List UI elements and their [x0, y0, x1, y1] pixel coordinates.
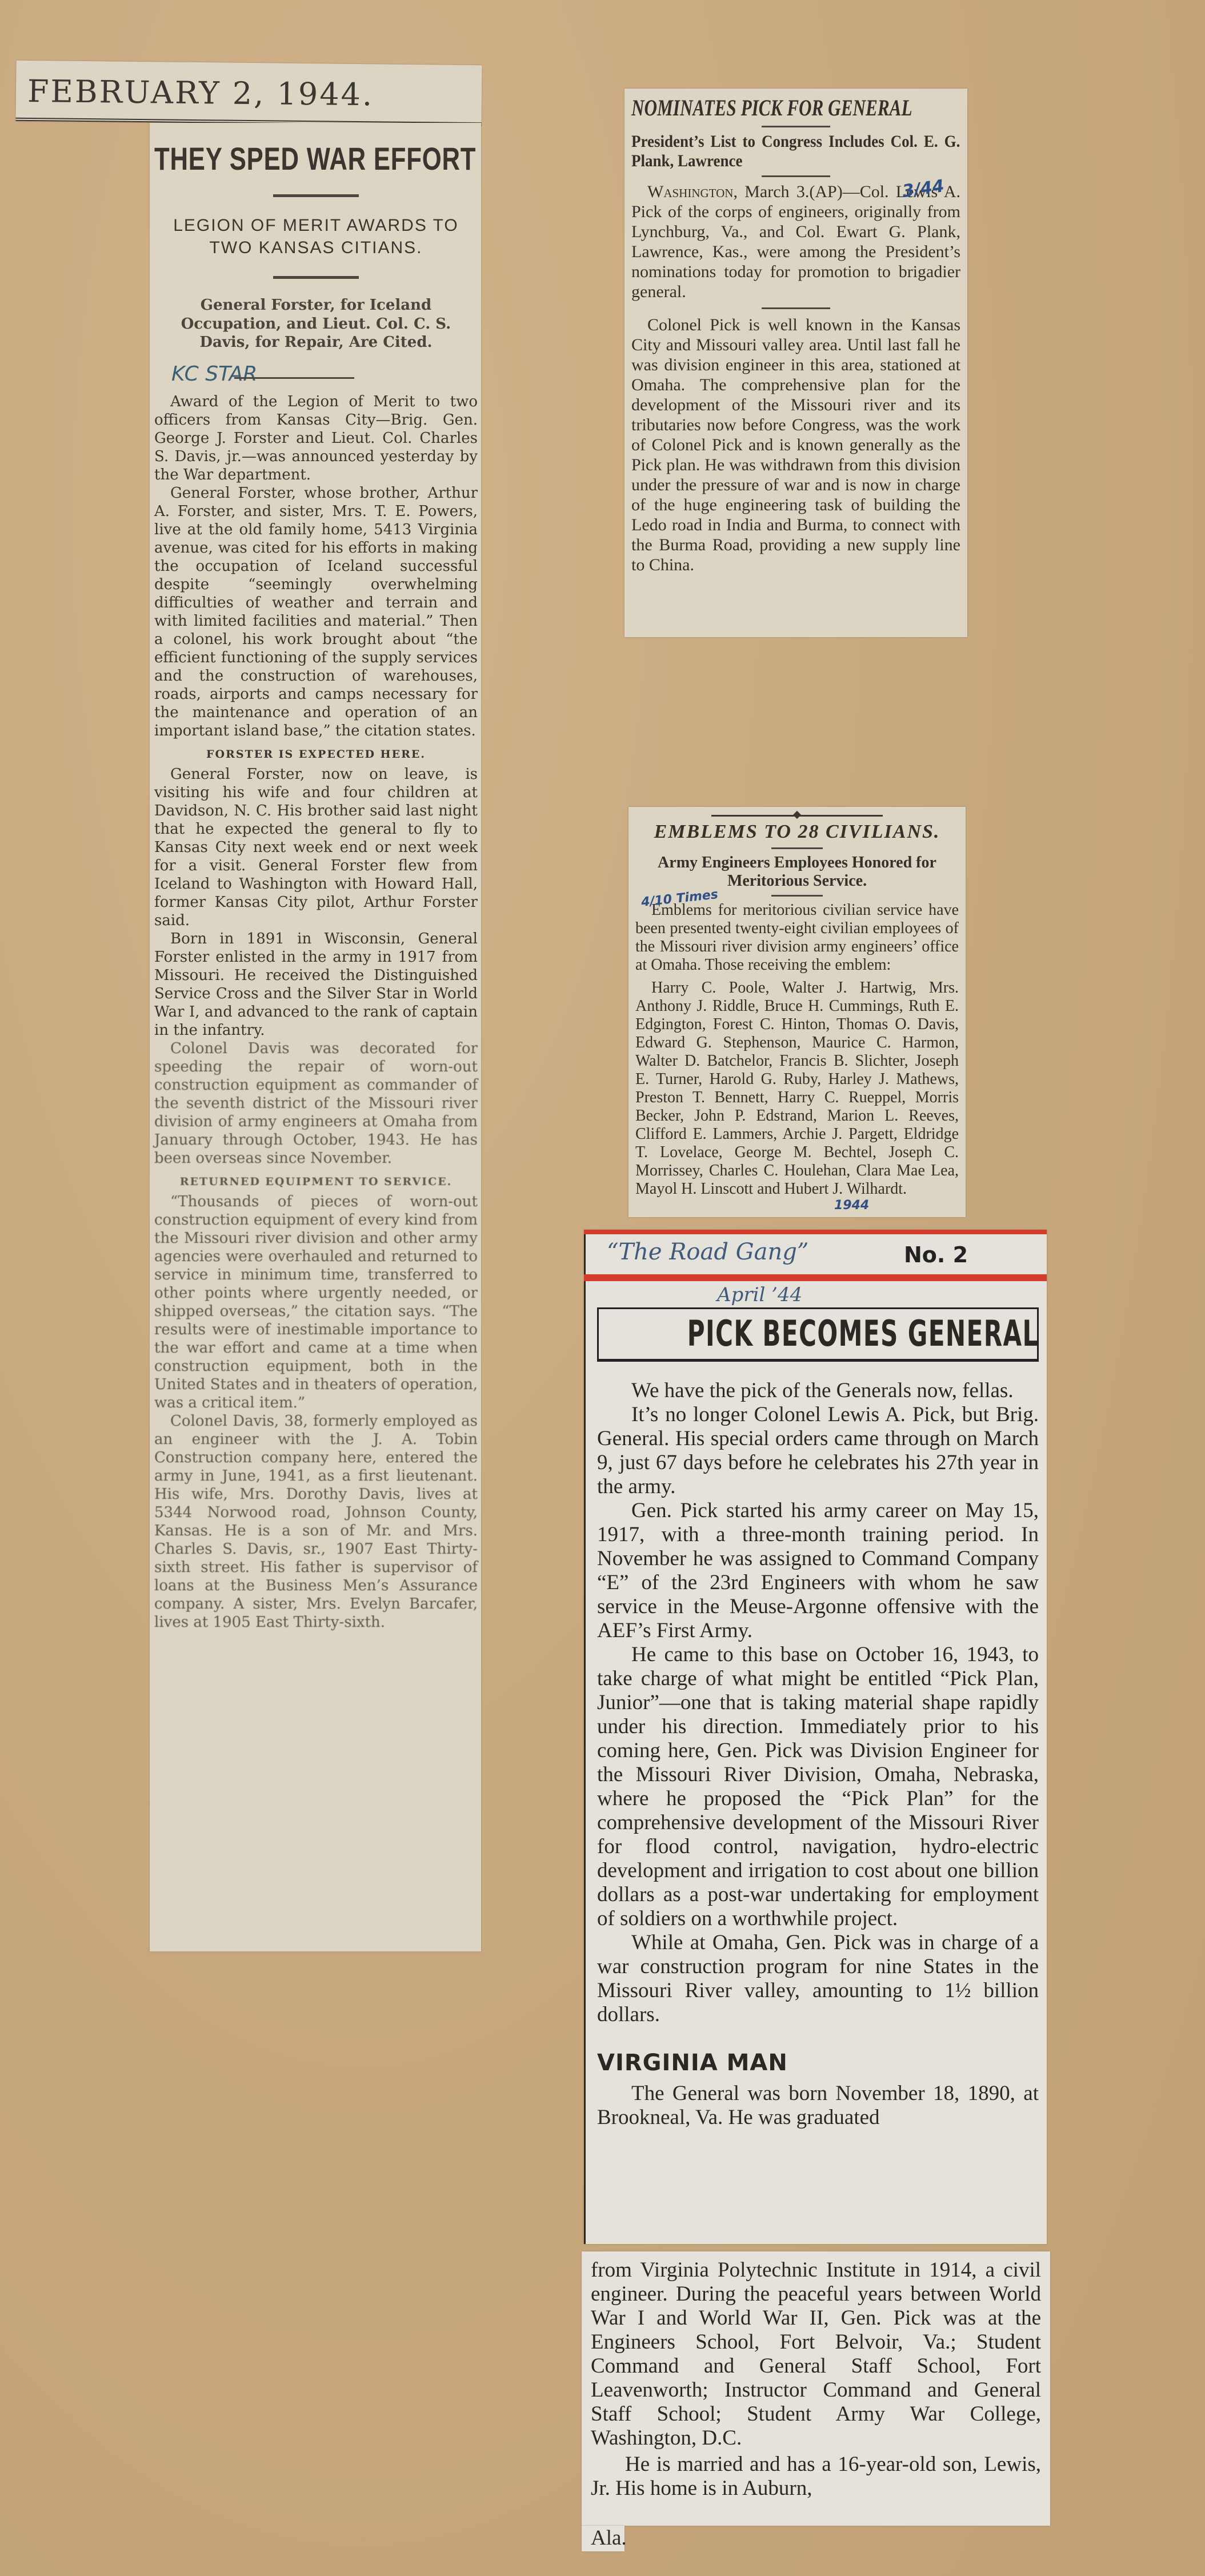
paragraph: from Virginia Polytechnic Institute in 1…: [591, 2258, 1041, 2450]
paragraph: He is married and has a 16-year-old son,…: [591, 2453, 1041, 2501]
handwritten-masthead: “The Road Gang”: [607, 1239, 808, 1265]
paragraph: Emblems for meritorious civilian service…: [635, 901, 959, 974]
paragraph: General Forster, now on leave, is visiti…: [154, 765, 478, 930]
road-gang-continuation-clipping: from Virginia Polytechnic Institute in 1…: [582, 2251, 1050, 2526]
divider: [273, 194, 359, 197]
paragraph: Colonel Pick is well known in the Kansas…: [631, 315, 960, 575]
paragraph: While at Omaha, Gen. Pick was in charge …: [597, 1931, 1039, 2027]
issue-number: No. 2: [904, 1242, 968, 1267]
nominates-article-clipping: NOMINATES PICK FOR GENERAL President’s L…: [624, 89, 967, 637]
paragraph: It’s no longer Colonel Lewis A. Pick, bu…: [597, 1403, 1039, 1499]
newsletter-masthead: “The Road Gang” No. 2: [584, 1230, 1047, 1281]
paragraph: Gen. Pick started his army career on May…: [597, 1499, 1039, 1643]
section-subhead: FORSTER IS EXPECTED HERE.: [154, 748, 478, 761]
article-deck: General Forster, for Iceland Occupation,…: [154, 296, 478, 352]
headline-box: PICK BECOMES GENERAL: [597, 1307, 1039, 1362]
divider: [762, 307, 830, 309]
handwritten-date-note: April ’44: [717, 1283, 1039, 1305]
article-body: Washington, March 3.(AP)—Col. Lewis A. P…: [631, 182, 960, 575]
emblems-article-clipping: EMBLEMS TO 28 CIVILIANS. Army Engineers …: [628, 807, 966, 1217]
road-gang-tail-clipping: Ala.: [582, 2526, 624, 2551]
paragraph: General Forster, whose brother, Arthur A…: [154, 484, 478, 740]
forster-article-clipping: THEY SPED WAR EFFORT LEGION OF MERIT AWA…: [150, 123, 481, 1951]
paragraph: “Thousands of pieces of worn-out constru…: [154, 1193, 478, 1412]
article-deck: Army Engineers Employees Honored for Mer…: [635, 854, 959, 890]
paragraph-tail: Ala.: [591, 2526, 627, 2550]
article-body: Emblems for meritorious civilian service…: [635, 901, 959, 1198]
article-subheadline: LEGION OF MERIT AWARDS TO TWO KANSAS CIT…: [154, 214, 478, 259]
dateline-clipping: FEBRUARY 2, 1944.: [15, 61, 482, 126]
divider: [762, 175, 830, 177]
article-headline: EMBLEMS TO 28 CIVILIANS.: [635, 821, 959, 843]
paragraph: The General was born November 18, 1890, …: [597, 2082, 1039, 2130]
handwritten-source-note: KC STAR: [171, 362, 257, 386]
article-body: We have the pick of the Generals now, fe…: [597, 1379, 1039, 2130]
divider: [762, 126, 830, 127]
paragraph: We have the pick of the Generals now, fe…: [597, 1379, 1039, 1403]
article-body: from Virginia Polytechnic Institute in 1…: [591, 2258, 1041, 2501]
paragraph: Colonel Davis was decorated for speeding…: [154, 1039, 478, 1167]
divider: [771, 895, 823, 897]
strikethrough-line: [234, 377, 354, 379]
article-headline: PICK BECOMES GENERAL: [687, 1313, 1039, 1354]
article-deck: President’s List to Congress Includes Co…: [631, 132, 960, 171]
section-subhead: RETURNED EQUIPMENT TO SERVICE.: [154, 1175, 478, 1188]
divider: [273, 276, 359, 279]
paragraph: He came to this base on October 16, 1943…: [597, 1643, 1039, 1931]
article-headline: NOMINATES PICK FOR GENERAL: [631, 94, 888, 121]
article-body: Award of the Legion of Merit to two offi…: [154, 393, 478, 1631]
dateline: Washington: [647, 182, 733, 201]
dateline-text: FEBRUARY 2, 1944.: [27, 73, 374, 113]
section-subhead: VIRGINIA MAN: [597, 2050, 1039, 2076]
handwritten-year-note: 1944: [834, 1198, 869, 1213]
recipient-names: Harry C. Poole, Walter J. Hartwig, Mrs. …: [635, 979, 959, 1198]
road-gang-article-clipping: “The Road Gang” No. 2 April ’44 PICK BEC…: [584, 1230, 1047, 2244]
article-headline: THEY SPED WAR EFFORT: [154, 140, 406, 177]
paragraph: Born in 1891 in Wisconsin, General Forst…: [154, 930, 478, 1039]
divider: [771, 847, 823, 849]
paragraph: Colonel Davis, 38, formerly employed as …: [154, 1412, 478, 1631]
ornament-rule: [711, 815, 883, 817]
paragraph: Award of the Legion of Merit to two offi…: [154, 393, 478, 484]
